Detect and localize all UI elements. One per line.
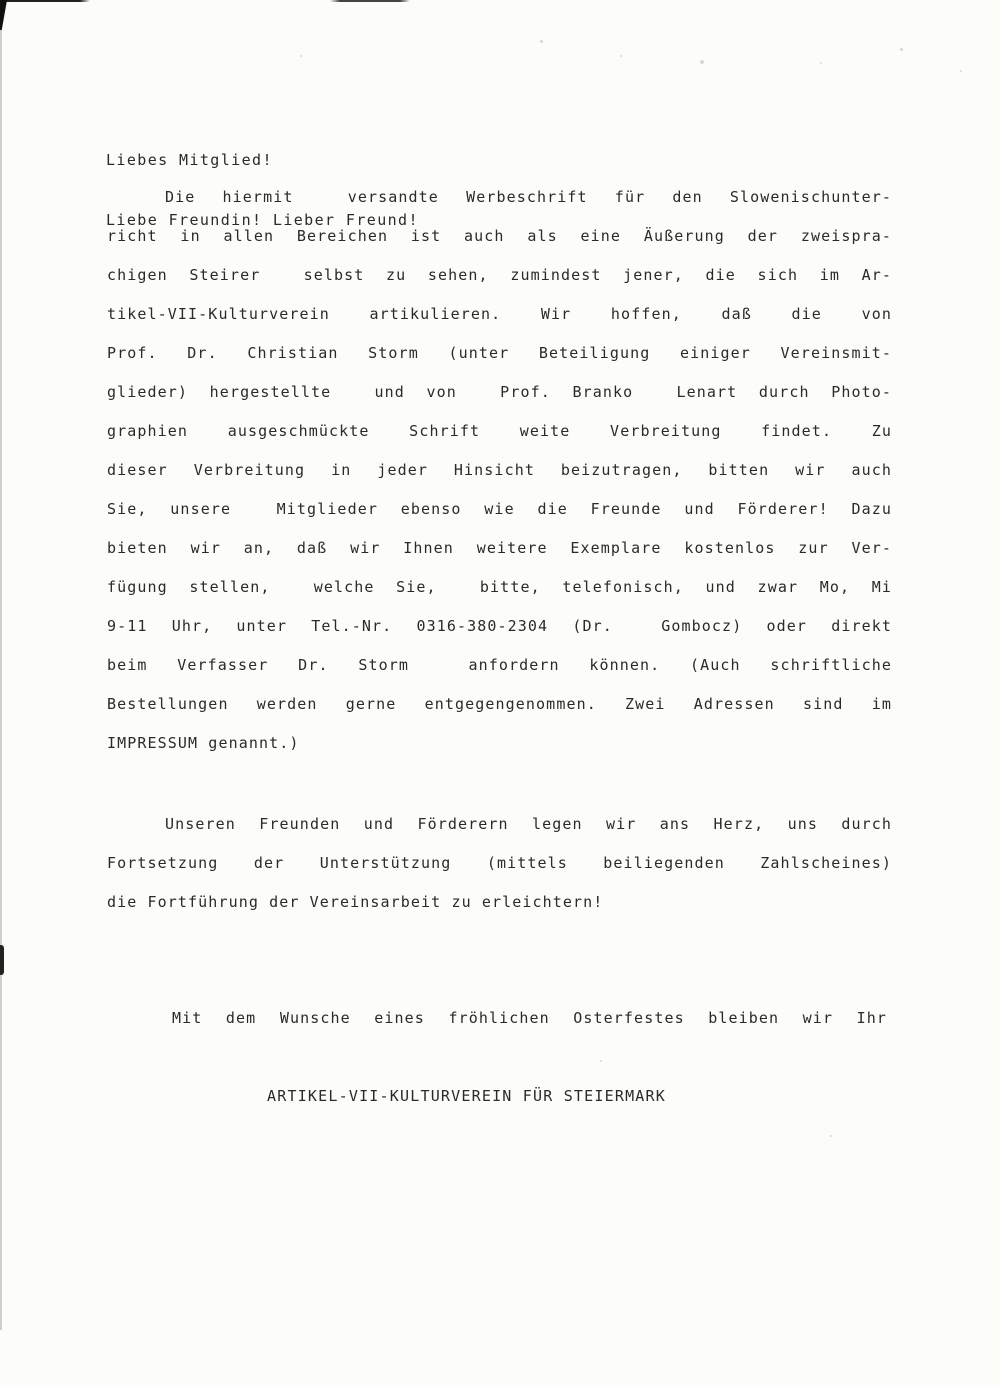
paragraph-support: Unseren Freunden und Förderern legen wir… [107,813,892,930]
text-line: tikel-VII-Kulturverein artikulieren. Wir… [107,303,892,342]
text-line: die Fortführung der Vereinsarbeit zu erl… [107,891,892,930]
scan-edge-mark [0,945,4,975]
text-line: Die hiermit versandte Werbeschrift für d… [107,186,892,225]
text-line: 9-11 Uhr, unter Tel.-Nr. 0316-380-2304 (… [107,615,892,654]
scan-edge-left [0,30,2,1330]
closing-line: Mit dem Wunsche eines fröhlichen Osterfe… [172,1009,887,1027]
text-line: Bestellungen werden gerne entgegengenomm… [107,693,892,732]
scan-speck [600,1060,602,1062]
text-line: graphien ausgeschmückte Schrift weite Ve… [107,420,892,459]
scan-speck [900,48,903,51]
text-line: richt in allen Bereichen ist auch als ei… [107,225,892,264]
scan-speck [820,62,822,64]
text-line: fügung stellen, welche Sie, bitte, telef… [107,576,892,615]
text-line: dieser Verbreitung in jeder Hinsicht bei… [107,459,892,498]
scan-speck [700,60,704,64]
salutation-line: Liebes Mitglied! [106,150,419,170]
text-line: Unseren Freunden und Förderern legen wir… [107,813,892,852]
scan-speck [620,55,622,57]
scan-speck [830,1135,832,1137]
text-line: Sie, unsere Mitglieder ebenso wie die Fr… [107,498,892,537]
text-line: chigen Steirer selbst zu sehen, zumindes… [107,264,892,303]
scan-edge-top [0,0,1000,2]
scan-speck [300,55,302,57]
signature: ARTIKEL-VII-KULTURVEREIN FÜR STEIERMARK [267,1087,666,1105]
text-line: bieten wir an, daß wir Ihnen weitere Exe… [107,537,892,576]
text-line: beim Verfasser Dr. Storm anfordern könne… [107,654,892,693]
text-line: Prof. Dr. Christian Storm (unter Beteili… [107,342,892,381]
text-line: Fortsetzung der Unterstützung (mittels b… [107,852,892,891]
text-line: IMPRESSUM genannt.) [107,732,892,771]
scan-speck [540,40,543,43]
text-line: glieder) hergestellte und von Prof. Bran… [107,381,892,420]
letter-page: Liebes Mitglied! Liebe Freundin! Lieber … [0,0,1000,1385]
paragraph-main: Die hiermit versandte Werbeschrift für d… [107,186,892,771]
scan-speck [960,70,962,72]
